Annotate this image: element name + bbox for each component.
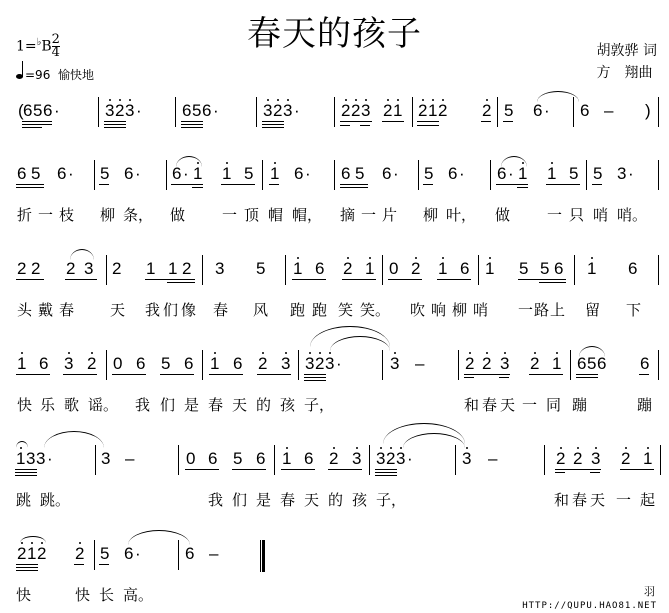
lyric: 高。 xyxy=(123,584,153,605)
lyric: 一 xyxy=(616,489,631,510)
note: 2 xyxy=(75,544,84,564)
barline xyxy=(658,350,659,380)
barline xyxy=(274,445,275,475)
note: 3 xyxy=(325,354,334,374)
aug-dot: · xyxy=(336,354,342,374)
note: 3 xyxy=(283,101,292,121)
lyric: 柳 xyxy=(100,204,115,225)
barline xyxy=(369,445,370,475)
note: 2 xyxy=(573,449,582,469)
note: 1 xyxy=(438,259,447,279)
note: 5 xyxy=(233,449,242,469)
lyric: 笑。 xyxy=(360,299,390,320)
aug-dot: · xyxy=(628,164,634,184)
lyric: 和 xyxy=(554,489,569,510)
note: 1 xyxy=(270,164,279,184)
lyric: 的 xyxy=(328,489,343,510)
note: 1 xyxy=(193,164,202,184)
note: 1 xyxy=(282,449,291,469)
note: 1 xyxy=(365,259,374,279)
note: 2 xyxy=(273,101,282,121)
note: 6 xyxy=(304,449,313,469)
note: 3 xyxy=(105,101,114,121)
lyric: 路 xyxy=(534,299,549,320)
note: 2 xyxy=(438,101,447,121)
lyric: 像 xyxy=(181,299,196,320)
note: 2 xyxy=(411,259,420,279)
note: 1 xyxy=(222,164,231,184)
dash: – xyxy=(209,544,218,564)
lyric: 片 xyxy=(382,204,397,225)
barline xyxy=(658,160,659,190)
lyric: 快 xyxy=(17,394,32,415)
note: 2 xyxy=(465,354,474,374)
note: 3 xyxy=(305,354,314,374)
note: 1 xyxy=(428,101,437,121)
final-barline xyxy=(260,540,265,572)
note: 6 xyxy=(17,164,26,184)
barline xyxy=(455,445,456,475)
note: 3 xyxy=(390,354,399,374)
note: 5 xyxy=(504,101,513,121)
note: 5 xyxy=(593,164,602,184)
lyric: 春 xyxy=(482,394,497,415)
lyric: 柳 xyxy=(423,204,438,225)
dash: – xyxy=(604,101,613,121)
note: 2 xyxy=(87,354,96,374)
tie xyxy=(176,156,202,167)
key-label: 1= xyxy=(16,39,37,55)
lyric: 哨 xyxy=(593,204,608,225)
lyric: 顶 xyxy=(244,204,259,225)
lyric: 上 xyxy=(550,299,565,320)
lyric: 歌 xyxy=(64,394,79,415)
lyric: 一 xyxy=(547,204,562,225)
dash: – xyxy=(415,354,424,374)
barline xyxy=(382,350,383,380)
lyric: 吹 xyxy=(410,299,425,320)
lyric: 叶， xyxy=(446,204,476,225)
barline xyxy=(262,160,263,190)
barline xyxy=(497,97,498,127)
note: 6 xyxy=(182,101,191,121)
note: 5 xyxy=(192,101,201,121)
note: 5 xyxy=(161,354,170,374)
note: 5 xyxy=(31,164,40,184)
note: 3 xyxy=(361,101,370,121)
tie xyxy=(501,156,527,167)
lyric: 们 xyxy=(163,299,178,320)
slur xyxy=(16,441,28,448)
note: 2 xyxy=(341,101,350,121)
aug-dot: · xyxy=(47,449,53,469)
note: 3 xyxy=(64,354,73,374)
note: 1 xyxy=(146,259,155,279)
aug-dot: · xyxy=(459,164,465,184)
note: 6 xyxy=(39,354,48,374)
aug-dot: · xyxy=(68,164,74,184)
lyric: 风 xyxy=(253,299,268,320)
lyric: 留 xyxy=(585,299,600,320)
note: 6 xyxy=(497,164,506,184)
note: 6 xyxy=(208,449,217,469)
barline xyxy=(95,445,96,475)
note: 6 xyxy=(202,101,211,121)
watermark-char: 羽 xyxy=(644,583,655,599)
note: 6 xyxy=(640,354,649,374)
tempo-marking: =96 愉快地 xyxy=(16,66,94,83)
lyric: 天 xyxy=(110,299,125,320)
quarter-note-icon xyxy=(16,74,23,79)
slur xyxy=(20,536,46,543)
barline xyxy=(175,97,176,127)
paren-close: ) xyxy=(645,101,651,121)
note: 6 xyxy=(23,101,32,121)
dash: – xyxy=(488,449,497,469)
lyric: 乐 xyxy=(40,394,55,415)
note: 6 xyxy=(172,164,181,184)
lyric: 起 xyxy=(640,489,655,510)
note: 0 xyxy=(186,449,195,469)
lyric: 响 xyxy=(431,299,446,320)
tempo-value: =96 xyxy=(25,68,50,82)
aug-dot: · xyxy=(135,164,141,184)
lyric: 春 xyxy=(213,299,228,320)
note: 6 xyxy=(315,259,324,279)
lyric: 是 xyxy=(184,394,199,415)
lyric: 笑 xyxy=(338,299,353,320)
lyric: 戴 xyxy=(38,299,53,320)
note: 2 xyxy=(530,354,539,374)
watermark-url: HTTP://QUPU.HAO81.NET xyxy=(522,601,657,611)
note: 6 xyxy=(533,101,542,121)
note: 2 xyxy=(31,259,40,279)
note: 2 xyxy=(482,354,491,374)
note: 2 xyxy=(258,354,267,374)
note: 3 xyxy=(462,449,471,469)
note: 2 xyxy=(329,449,338,469)
time-signature: 24 xyxy=(52,34,60,59)
note: 2 xyxy=(182,259,191,279)
note: 3 xyxy=(396,449,405,469)
note: 5 xyxy=(587,354,596,374)
barline xyxy=(178,540,179,570)
lyric: 头 xyxy=(17,299,32,320)
note: 6 xyxy=(124,164,133,184)
lyric: 跑 xyxy=(312,299,327,320)
lyric: 和 xyxy=(464,394,479,415)
lyric: 一 xyxy=(361,204,376,225)
note: 1 xyxy=(552,354,561,374)
barline xyxy=(106,255,107,285)
slur xyxy=(579,346,605,357)
note: 1 xyxy=(547,164,556,184)
barline xyxy=(382,255,383,285)
note: 6 xyxy=(628,259,637,279)
note: 2 xyxy=(343,259,352,279)
note: 2 xyxy=(556,449,565,469)
lyric: 帽， xyxy=(292,204,322,225)
aug-dot: · xyxy=(508,164,514,184)
barline xyxy=(658,97,659,127)
note: 3 xyxy=(376,449,385,469)
note: 1 xyxy=(16,449,25,469)
note: 6 xyxy=(580,101,589,121)
note: 1 xyxy=(393,101,402,121)
barline xyxy=(570,350,571,380)
note: 3 xyxy=(352,449,361,469)
lyric: 做 xyxy=(495,204,510,225)
aug-dot: · xyxy=(213,101,219,121)
note: 3 xyxy=(36,449,45,469)
lyric: 一 xyxy=(222,204,237,225)
note: 1 xyxy=(293,259,302,279)
note: 1 xyxy=(587,259,596,279)
composer: 方 翔曲 xyxy=(597,62,657,84)
note: 5 xyxy=(33,101,42,121)
note: 3 xyxy=(617,164,626,184)
note: 5 xyxy=(540,259,549,279)
lyric: 一 xyxy=(518,299,533,320)
lyric: 春 xyxy=(59,299,74,320)
note: 2 xyxy=(17,544,26,564)
barline xyxy=(412,97,413,127)
note: 1 xyxy=(518,164,527,184)
note: 5 xyxy=(424,164,433,184)
lyric: 天 xyxy=(232,394,247,415)
lyric: 同 xyxy=(546,394,561,415)
lyric: 折 xyxy=(17,204,32,225)
note: 2 xyxy=(17,259,26,279)
barline xyxy=(202,350,203,380)
note: 5 xyxy=(256,259,265,279)
lyric: 是 xyxy=(256,489,271,510)
barline xyxy=(544,445,545,475)
note: 6 xyxy=(136,354,145,374)
lyric: 长 xyxy=(99,584,114,605)
note: 6 xyxy=(124,544,133,564)
aug-dot: · xyxy=(294,101,300,121)
lyric: 子， xyxy=(376,489,406,510)
note: 3 xyxy=(26,449,35,469)
lyric: 哨 xyxy=(473,299,488,320)
note: 2 xyxy=(315,354,324,374)
lyric: 柳 xyxy=(452,299,467,320)
lyric: 蹦 xyxy=(637,394,652,415)
aug-dot: · xyxy=(183,164,189,184)
note: 3 xyxy=(591,449,600,469)
note: 6 xyxy=(43,101,52,121)
note: 0 xyxy=(113,354,122,374)
barline xyxy=(166,160,167,190)
note: 5 xyxy=(100,164,109,184)
note: 2 xyxy=(482,101,491,121)
note: 1 xyxy=(168,259,177,279)
lyric: 做 xyxy=(170,204,185,225)
aug-dot: · xyxy=(544,101,550,121)
lyric: 我 xyxy=(208,489,223,510)
lyric: 枝 xyxy=(59,204,74,225)
note: 6 xyxy=(448,164,457,184)
aug-dot: · xyxy=(135,544,141,564)
note: 6 xyxy=(294,164,303,184)
lyric: 蹦 xyxy=(572,394,587,415)
aug-dot: · xyxy=(305,164,311,184)
barline xyxy=(660,445,661,475)
lyric: 只 xyxy=(569,204,584,225)
note: 6 xyxy=(577,354,586,374)
barline xyxy=(94,540,95,570)
note: 6 xyxy=(233,354,242,374)
aug-dot: · xyxy=(54,101,60,121)
note: 6 xyxy=(460,259,469,279)
barline xyxy=(490,160,491,190)
lyric: 一 xyxy=(522,394,537,415)
aug-dot: · xyxy=(407,449,413,469)
note: 6 xyxy=(597,354,606,374)
note: 1 xyxy=(485,259,494,279)
note: 2 xyxy=(383,101,392,121)
note: 1 xyxy=(17,354,26,374)
tie xyxy=(70,249,94,260)
barline xyxy=(298,350,299,380)
note: 1 xyxy=(643,449,652,469)
lyric: 一 xyxy=(38,204,53,225)
lyric: 下 xyxy=(626,299,641,320)
lyric: 跳。 xyxy=(40,489,70,510)
key-note: B xyxy=(41,39,51,55)
dash: – xyxy=(125,449,134,469)
aug-dot: · xyxy=(136,101,142,121)
note: 3 xyxy=(215,259,224,279)
barline xyxy=(202,255,203,285)
note: 3 xyxy=(84,259,93,279)
note: 2 xyxy=(386,449,395,469)
lyric: 们 xyxy=(232,489,247,510)
note: 5 xyxy=(100,544,109,564)
note: 0 xyxy=(389,259,398,279)
credits: 胡敦骅 词 方 翔曲 xyxy=(597,40,657,84)
barline xyxy=(658,255,659,285)
note: 6 xyxy=(57,164,66,184)
note: 6 xyxy=(554,259,563,279)
note: 2 xyxy=(621,449,630,469)
lyric: 子， xyxy=(304,394,334,415)
lyricist: 胡敦骅 词 xyxy=(597,40,657,62)
lyric: 春 xyxy=(208,394,223,415)
lyric: 我 xyxy=(145,299,160,320)
barline xyxy=(478,255,479,285)
lyric: 们 xyxy=(160,394,175,415)
lyric: 天 xyxy=(304,489,319,510)
note: 6 xyxy=(382,164,391,184)
note: 2 xyxy=(351,101,360,121)
note: 2 xyxy=(37,544,46,564)
note: 2 xyxy=(66,259,75,279)
note: 6 xyxy=(256,449,265,469)
barline xyxy=(285,255,286,285)
note: 5 xyxy=(569,164,578,184)
lyric: 孩 xyxy=(352,489,367,510)
lyric: 春 xyxy=(280,489,295,510)
barline xyxy=(586,160,587,190)
note: 3 xyxy=(125,101,134,121)
note: 6 xyxy=(185,544,194,564)
lyric: 天 xyxy=(590,489,605,510)
barline xyxy=(334,160,335,190)
expression-mark: 愉快地 xyxy=(58,68,94,82)
note: 3 xyxy=(101,449,110,469)
lyric: 跑 xyxy=(290,299,305,320)
barline xyxy=(178,445,179,475)
note: 2 xyxy=(112,259,121,279)
note: 3 xyxy=(281,354,290,374)
note: 3 xyxy=(263,101,272,121)
barline xyxy=(106,350,107,380)
note: 2 xyxy=(418,101,427,121)
song-title: 春天的孩子 xyxy=(0,6,669,55)
lyric: 谣。 xyxy=(88,394,118,415)
lyric: 天 xyxy=(500,394,515,415)
barline xyxy=(334,97,335,127)
note: 6 xyxy=(184,354,193,374)
note: 5 xyxy=(519,259,528,279)
barline xyxy=(94,160,95,190)
lyric: 哨。 xyxy=(617,204,647,225)
barline xyxy=(256,97,257,127)
time-denominator: 4 xyxy=(52,47,60,59)
barline xyxy=(458,350,459,380)
aug-dot: · xyxy=(393,164,399,184)
lyric: 摘 xyxy=(340,204,355,225)
key-signature: 1=♭B24 xyxy=(16,34,60,59)
lyric: 快 xyxy=(75,584,90,605)
barline xyxy=(574,255,575,285)
tie xyxy=(128,530,190,545)
barline xyxy=(98,97,99,127)
note: 3 xyxy=(500,354,509,374)
lyric: 春 xyxy=(572,489,587,510)
lyric: 帽 xyxy=(268,204,283,225)
note: 2 xyxy=(115,101,124,121)
lyric: 跳 xyxy=(16,489,31,510)
barline xyxy=(418,160,419,190)
note: 6 xyxy=(341,164,350,184)
lyric: 的 xyxy=(256,394,271,415)
note: 5 xyxy=(355,164,364,184)
lyric: 快 xyxy=(16,584,31,605)
lyric: 条， xyxy=(123,204,153,225)
barline xyxy=(573,97,574,127)
note: 1 xyxy=(210,354,219,374)
note: 1 xyxy=(27,544,36,564)
note: 5 xyxy=(244,164,253,184)
lyric: 我 xyxy=(135,394,150,415)
lyric: 孩 xyxy=(280,394,295,415)
